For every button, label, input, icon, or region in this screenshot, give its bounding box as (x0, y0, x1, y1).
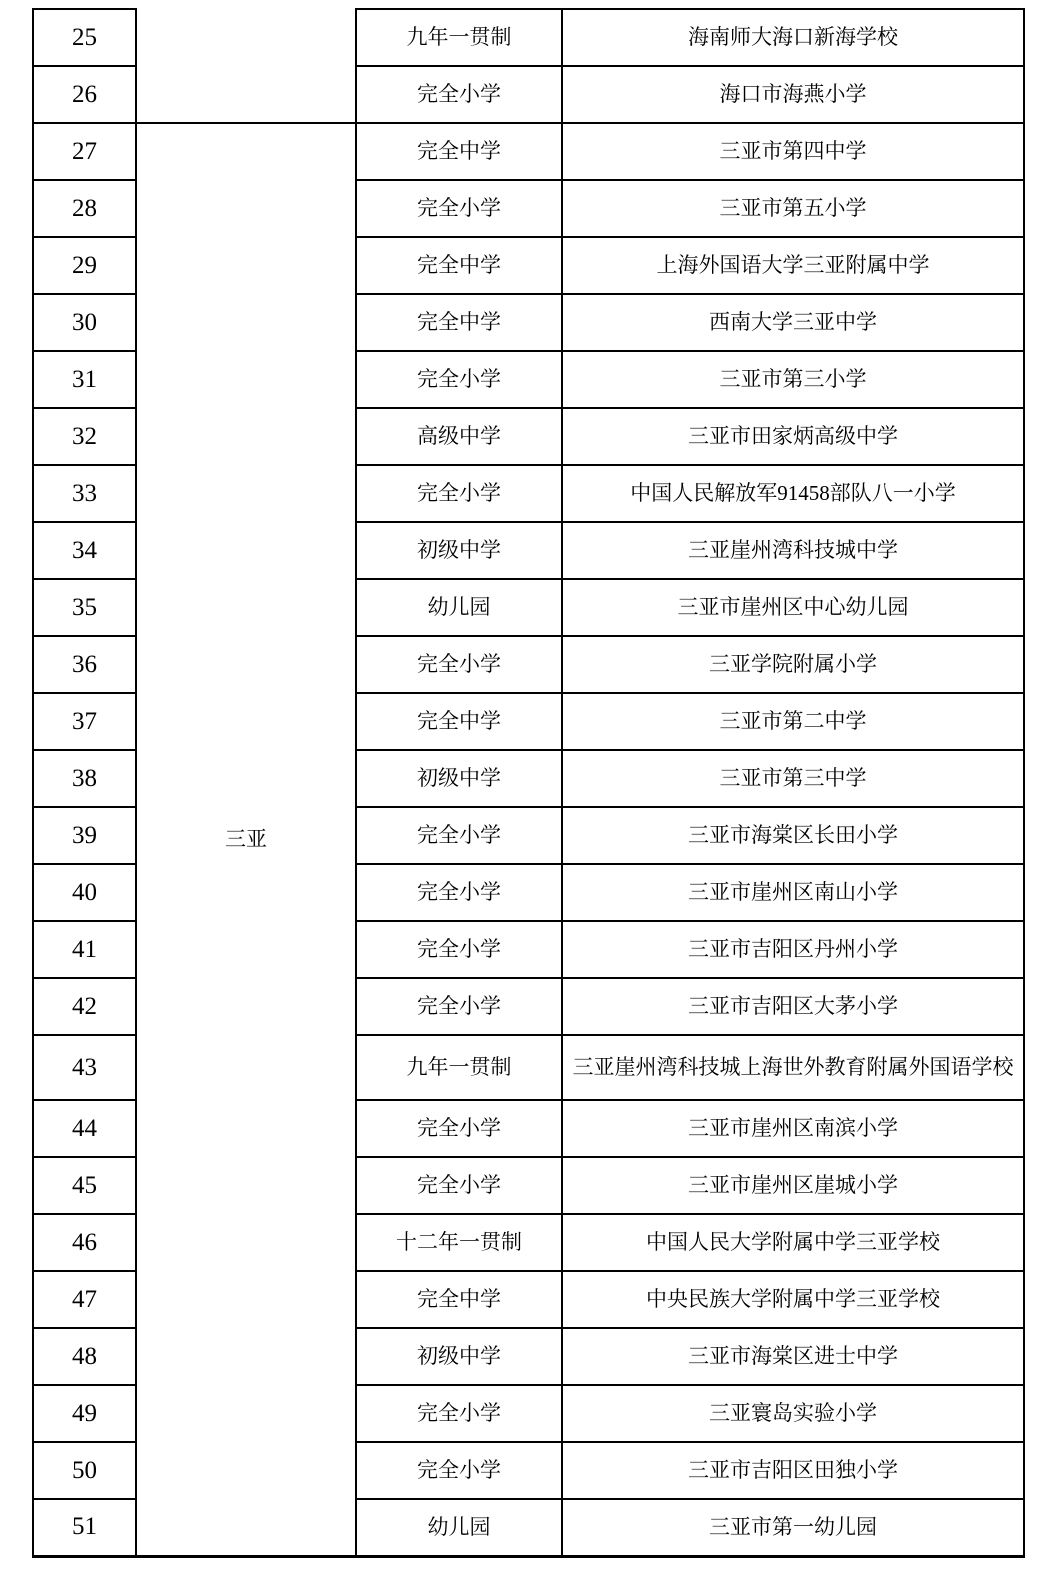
school-type: 完全小学 (356, 1442, 562, 1499)
row-number: 34 (33, 522, 136, 579)
school-name: 三亚市第一幼儿园 (562, 1499, 1024, 1556)
school-name: 三亚市海棠区长田小学 (562, 807, 1024, 864)
school-type: 完全小学 (356, 66, 562, 123)
row-number: 43 (33, 1035, 136, 1100)
table-row: 27 三亚完全中学 三亚市第四中学 (33, 123, 1024, 180)
school-type: 完全中学 (356, 294, 562, 351)
row-number: 47 (33, 1271, 136, 1328)
row-number: 27 (33, 123, 136, 180)
row-number: 39 (33, 807, 136, 864)
school-name: 三亚市第三小学 (562, 351, 1024, 408)
school-type: 完全小学 (356, 351, 562, 408)
school-type: 初级中学 (356, 522, 562, 579)
row-number: 48 (33, 1328, 136, 1385)
school-type: 完全小学 (356, 1157, 562, 1214)
school-type: 完全小学 (356, 807, 562, 864)
school-table-body: 25 九年一贯制 海南师大海口新海学校 26 完全小学 海口市海燕小学 27 三… (33, 9, 1024, 1556)
school-name: 三亚市崖州区中心幼儿园 (562, 579, 1024, 636)
school-name: 三亚市崖州区南山小学 (562, 864, 1024, 921)
school-name: 三亚市崖州区崖城小学 (562, 1157, 1024, 1214)
school-type: 九年一贯制 (356, 9, 562, 66)
school-type: 初级中学 (356, 750, 562, 807)
school-name: 三亚市第三中学 (562, 750, 1024, 807)
school-type: 完全中学 (356, 1271, 562, 1328)
school-table: 25 九年一贯制 海南师大海口新海学校 26 完全小学 海口市海燕小学 27 三… (32, 8, 1025, 1558)
school-type: 完全中学 (356, 693, 562, 750)
school-name: 三亚崖州湾科技城中学 (562, 522, 1024, 579)
row-number: 30 (33, 294, 136, 351)
row-number: 41 (33, 921, 136, 978)
school-name: 三亚学院附属小学 (562, 636, 1024, 693)
school-name: 三亚市第二中学 (562, 693, 1024, 750)
school-type: 完全小学 (356, 921, 562, 978)
school-type: 完全中学 (356, 123, 562, 180)
school-type: 幼儿园 (356, 579, 562, 636)
school-name: 中央民族大学附属中学三亚学校 (562, 1271, 1024, 1328)
school-type: 完全小学 (356, 1385, 562, 1442)
row-number: 50 (33, 1442, 136, 1499)
row-number: 37 (33, 693, 136, 750)
school-name: 海南师大海口新海学校 (562, 9, 1024, 66)
row-number: 32 (33, 408, 136, 465)
school-type: 初级中学 (356, 1328, 562, 1385)
school-type: 幼儿园 (356, 1499, 562, 1556)
school-name: 中国人民解放军91458部队八一小学 (562, 465, 1024, 522)
school-type: 完全小学 (356, 864, 562, 921)
row-number: 42 (33, 978, 136, 1035)
row-number: 45 (33, 1157, 136, 1214)
school-name: 三亚市第五小学 (562, 180, 1024, 237)
school-name: 三亚市海棠区进士中学 (562, 1328, 1024, 1385)
school-name: 西南大学三亚中学 (562, 294, 1024, 351)
school-name: 三亚市田家炳高级中学 (562, 408, 1024, 465)
school-type: 完全小学 (356, 180, 562, 237)
school-name: 三亚寰岛实验小学 (562, 1385, 1024, 1442)
school-name: 中国人民大学附属中学三亚学校 (562, 1214, 1024, 1271)
row-number: 49 (33, 1385, 136, 1442)
row-number: 40 (33, 864, 136, 921)
school-name: 三亚市崖州区南滨小学 (562, 1100, 1024, 1157)
school-type: 完全小学 (356, 1100, 562, 1157)
school-name: 三亚市吉阳区大茅小学 (562, 978, 1024, 1035)
region-cell: 三亚 (136, 123, 356, 1556)
school-type: 十二年一贯制 (356, 1214, 562, 1271)
school-type: 完全小学 (356, 465, 562, 522)
row-number: 44 (33, 1100, 136, 1157)
row-number: 36 (33, 636, 136, 693)
row-number: 35 (33, 579, 136, 636)
school-name: 三亚市吉阳区田独小学 (562, 1442, 1024, 1499)
school-name: 三亚市吉阳区丹州小学 (562, 921, 1024, 978)
row-number: 29 (33, 237, 136, 294)
row-number: 51 (33, 1499, 136, 1556)
school-name: 三亚市第四中学 (562, 123, 1024, 180)
school-type: 完全小学 (356, 636, 562, 693)
school-type: 完全中学 (356, 237, 562, 294)
table-row: 25 九年一贯制 海南师大海口新海学校 (33, 9, 1024, 66)
row-number: 28 (33, 180, 136, 237)
school-type: 九年一贯制 (356, 1035, 562, 1100)
row-number: 31 (33, 351, 136, 408)
row-number: 26 (33, 66, 136, 123)
school-name: 三亚崖州湾科技城上海世外教育附属外国语学校 (562, 1035, 1024, 1100)
row-number: 33 (33, 465, 136, 522)
school-name: 海口市海燕小学 (562, 66, 1024, 123)
school-type: 高级中学 (356, 408, 562, 465)
region-cell (136, 9, 356, 123)
school-name: 上海外国语大学三亚附属中学 (562, 237, 1024, 294)
row-number: 25 (33, 9, 136, 66)
row-number: 46 (33, 1214, 136, 1271)
document-page: 25 九年一贯制 海南师大海口新海学校 26 完全小学 海口市海燕小学 27 三… (0, 0, 1060, 1570)
row-number: 38 (33, 750, 136, 807)
school-type: 完全小学 (356, 978, 562, 1035)
